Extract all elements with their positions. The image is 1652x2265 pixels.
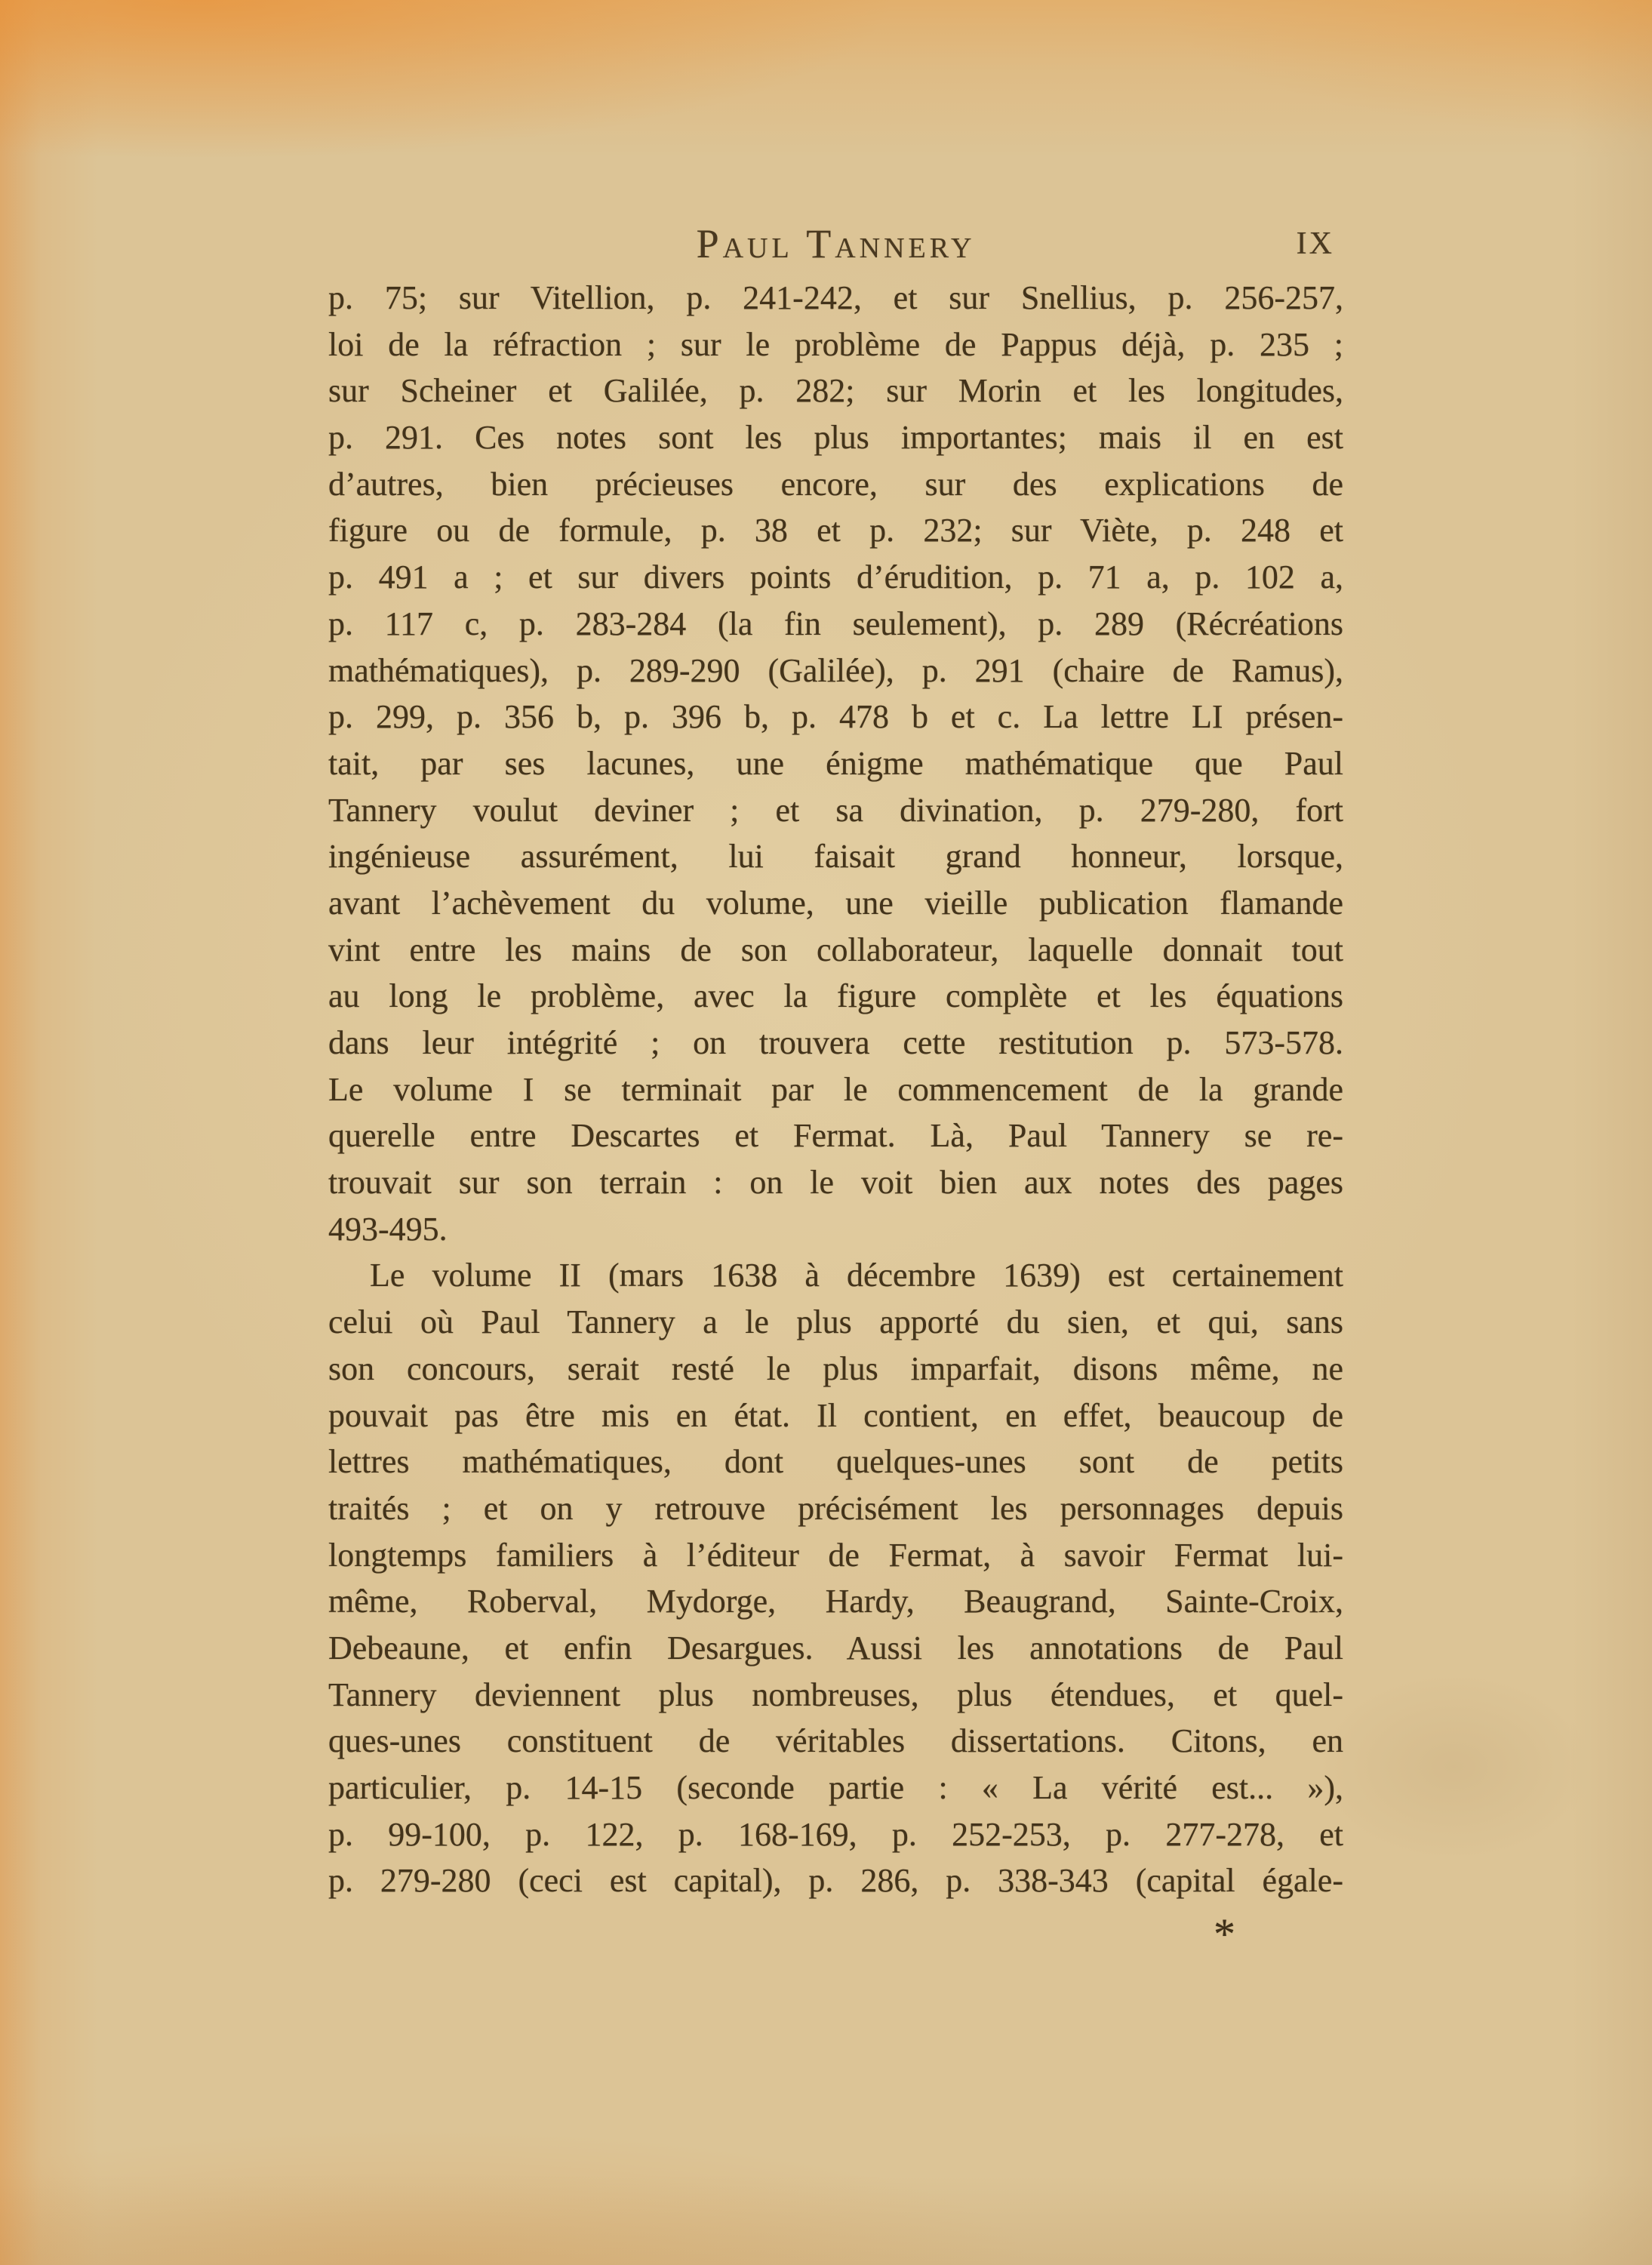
text-line: Tannery deviennent plus nombreuses, plus… xyxy=(328,1672,1343,1719)
text-line: longtemps familiers à l’éditeur de Ferma… xyxy=(328,1532,1343,1579)
running-header: Paul Tannery IX xyxy=(328,220,1343,267)
text-line: sur Scheiner et Galilée, p. 282; sur Mor… xyxy=(328,368,1343,414)
text-line: trouvait sur son terrain : on le voit bi… xyxy=(328,1159,1343,1206)
text-line: Debeaune, et enfin Desargues. Aussi les … xyxy=(328,1625,1343,1672)
text-line: celui où Paul Tannery a le plus apporté … xyxy=(328,1299,1343,1346)
text-line: p. 117 c, p. 283-284 (la fin seulement),… xyxy=(328,601,1343,648)
text-line: dans leur intégrité ; on trouvera cette … xyxy=(328,1020,1343,1066)
text-line: particulier, p. 14-15 (seconde partie : … xyxy=(328,1765,1343,1811)
text-line: 493-495. xyxy=(328,1206,1343,1253)
page-title: Paul Tannery xyxy=(697,221,976,266)
text-line: ingénieuse assurément, lui faisait grand… xyxy=(328,833,1343,880)
signature-asterisk: * xyxy=(1214,1913,1235,1956)
text-line: loi de la réfraction ; sur le problème d… xyxy=(328,322,1343,368)
text-line: p. 99-100, p. 122, p. 168-169, p. 252-25… xyxy=(328,1811,1343,1858)
text-line: avant l’achèvement du volume, une vieill… xyxy=(328,880,1343,927)
text-line: ques-unes constituent de véritables diss… xyxy=(328,1718,1343,1765)
book-page-scan: Paul Tannery IX p. 75; sur Vitellion, p.… xyxy=(0,0,1652,2265)
text-line: querelle entre Descartes et Fermat. Là, … xyxy=(328,1112,1343,1159)
text-line: d’autres, bien précieuses encore, sur de… xyxy=(328,461,1343,508)
text-line: vint entre les mains de son collaborateu… xyxy=(328,927,1343,974)
text-line: p. 75; sur Vitellion, p. 241-242, et sur… xyxy=(328,275,1343,322)
text-line: p. 299, p. 356 b, p. 396 b, p. 478 b et … xyxy=(328,694,1343,740)
text-line: figure ou de formule, p. 38 et p. 232; s… xyxy=(328,507,1343,554)
text-line: tait, par ses lacunes, une énigme mathém… xyxy=(328,740,1343,787)
text-line: même, Roberval, Mydorge, Hardy, Beaugran… xyxy=(328,1578,1343,1625)
text-block: p. 75; sur Vitellion, p. 241-242, et sur… xyxy=(328,275,1343,1904)
text-line: p. 491 a ; et sur divers points d’érudit… xyxy=(328,554,1343,601)
text-line: mathématiques), p. 289-290 (Galilée), p.… xyxy=(328,648,1343,694)
text-line: lettres mathématiques, dont quelques-une… xyxy=(328,1439,1343,1485)
text-line: p. 279-280 (ceci est capital), p. 286, p… xyxy=(328,1857,1343,1904)
text-line: Le volume II (mars 1638 à décembre 1639)… xyxy=(328,1252,1343,1299)
text-line: p. 291. Ces notes sont les plus importan… xyxy=(328,414,1343,461)
text-line: pouvait pas être mis en état. Il contien… xyxy=(328,1393,1343,1439)
page-number: IX xyxy=(1297,220,1334,267)
text-line: au long le problème, avec la figure comp… xyxy=(328,973,1343,1020)
text-line: traités ; et on y retrouve précisément l… xyxy=(328,1485,1343,1532)
text-line: son concours, serait resté le plus impar… xyxy=(328,1346,1343,1393)
text-line: Le volume I se terminait par le commence… xyxy=(328,1066,1343,1113)
text-line: Tannery voulut deviner ; et sa divinatio… xyxy=(328,787,1343,834)
